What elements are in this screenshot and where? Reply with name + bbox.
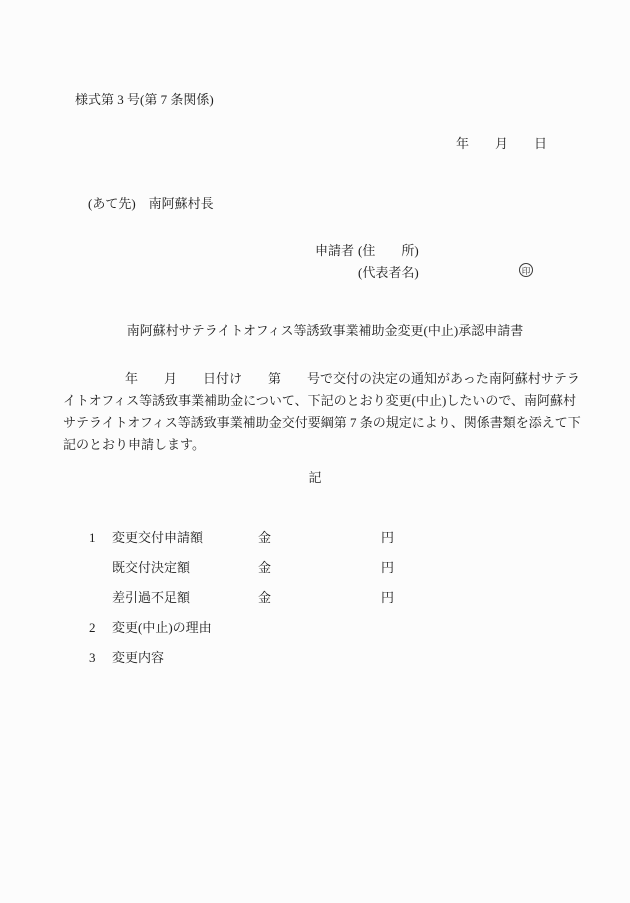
- body-line: 年 月 日付け 第 号で交付の決定の通知があった南阿蘇村サテラ: [63, 368, 573, 390]
- document-title: 南阿蘇村サテライトオフィス等誘致事業補助金変更(中止)承認申請書: [0, 323, 630, 339]
- application-form-page: 様式第 3 号(第 7 条関係) 年 月 日 (あて先) 南阿蘇村長 申請者 (…: [0, 0, 630, 903]
- section-marker-ki: 記: [0, 470, 630, 486]
- item-row-change-details: 3変更内容: [76, 634, 258, 683]
- date-blank-line: 年 月 日: [456, 136, 547, 152]
- body-line: 記のとおり申請します。: [63, 434, 573, 456]
- form-number: 様式第 3 号(第 7 条関係): [75, 92, 214, 108]
- item-number: 3: [89, 650, 112, 666]
- amount-suffix-yen: 円: [381, 590, 394, 606]
- item-label: 変更内容: [112, 650, 258, 666]
- body-line: サテライトオフィス等誘致事業補助金交付要綱第 7 条の規定により、関係書類を添え…: [63, 412, 573, 434]
- applicant-label: 申請者: [315, 243, 354, 259]
- applicant-representative-label: (代表者名): [358, 265, 419, 281]
- body-paragraph: 年 月 日付け 第 号で交付の決定の通知があった南阿蘇村サテラ イトオフィス等誘…: [63, 368, 573, 456]
- addressee-line: (あて先) 南阿蘇村長: [88, 196, 214, 212]
- seal-mark: 印: [519, 263, 533, 277]
- applicant-address-label: (住 所): [358, 243, 419, 259]
- amount-prefix-kin: 金: [258, 590, 381, 606]
- body-line: イトオフィス等誘致事業補助金について、下記のとおり変更(中止)したいので、南阿蘇…: [63, 390, 573, 412]
